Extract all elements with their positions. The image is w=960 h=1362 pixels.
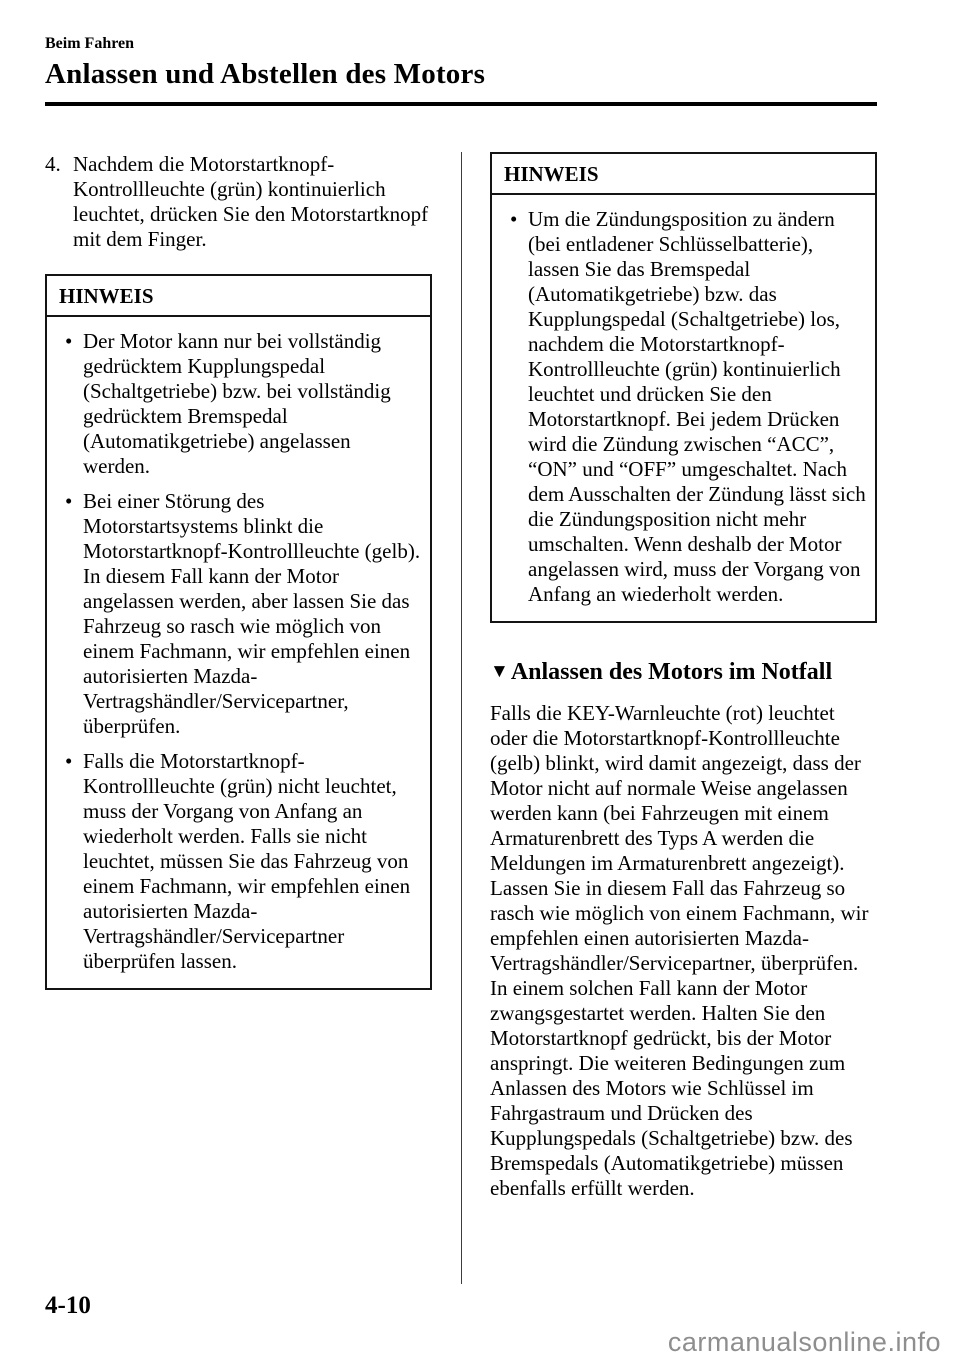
triangle-marker-icon: ▼ [490,657,509,687]
note-bullet: Falls die Motorstartknopf-Kontrollleucht… [47,749,422,974]
step-text: Nachdem die Motorstartknopf-Kontrollleuc… [73,152,432,252]
right-column: HINWEIS Um die Zündungsposition zu änder… [490,152,877,1201]
numbered-step: 4. Nachdem die Motorstartknopf-Kontrolll… [45,152,432,252]
note-bullet: Bei einer Störung des Motorstartsystems … [47,489,422,739]
note-box-body: Der Motor kann nur bei vollständig gedrü… [47,317,430,988]
note-box-label: HINWEIS [492,154,875,195]
section-heading: ▼ Anlassen des Motors im Notfall [490,657,877,689]
watermark: carmanualsonline.info [668,1327,941,1358]
note-box-left: HINWEIS Der Motor kann nur bei vollständ… [45,274,432,990]
page-title: Anlassen und Abstellen des Motors [45,57,877,91]
note-bullet: Um die Zündungsposition zu ändern (bei e… [492,207,867,607]
header-rule [45,102,877,106]
page-number: 4-10 [45,1292,91,1320]
step-number: 4. [45,152,73,252]
column-divider [461,152,462,1284]
note-bullet: Der Motor kann nur bei vollständig gedrü… [47,329,422,479]
left-column: 4. Nachdem die Motorstartknopf-Kontrolll… [45,152,432,1201]
manual-page: Beim Fahren Anlassen und Abstellen des M… [0,0,960,1201]
section-eyebrow: Beim Fahren [45,34,877,54]
section-body-paragraph: Falls die KEY-Warnleuchte (rot) leuchtet… [490,701,877,1201]
section-heading-text: Anlassen des Motors im Notfall [511,657,832,687]
note-box-body: Um die Zündungsposition zu ändern (bei e… [492,195,875,621]
note-box-label: HINWEIS [47,276,430,317]
note-box-right: HINWEIS Um die Zündungsposition zu änder… [490,152,877,623]
